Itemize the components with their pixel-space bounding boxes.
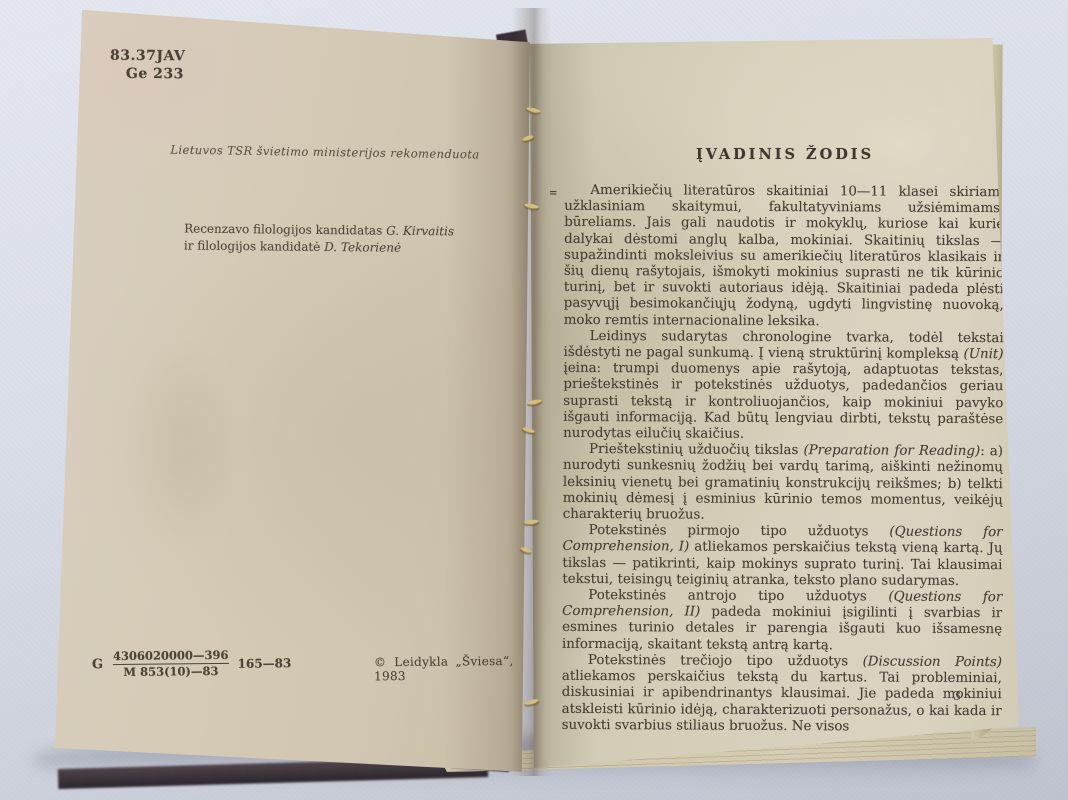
paper-highlight — [827, 98, 977, 188]
book-photo: 83.37JAV Ge 233 Lietuvos TSR švietimo mi… — [0, 0, 1068, 800]
ministry-recommendation-note: Lietuvos TSR švietimo ministerijos rekom… — [170, 143, 480, 162]
publisher-name: Leidykla „Šviesa“, 1983 — [374, 654, 514, 683]
intro-paragraphs: Amerikiečių literatūros skaitiniai 10—11… — [562, 183, 1005, 736]
imprint-fraction-numerator: 4306020000—396 — [113, 648, 229, 663]
margin-mark: = — [549, 188, 557, 199]
imprint-code-group: G 4306020000—396 M 853(10)—83 165—83 — [92, 648, 292, 680]
imprint-fraction: 4306020000—396 M 853(10)—83 — [113, 649, 229, 680]
publishing-imprint: G 4306020000—396 M 853(10)—83 165—83 ©Le… — [92, 646, 532, 691]
imprint-code: 165—83 — [238, 656, 292, 671]
intro-paragraph: Potekstinės antrojo tipo užduotys (Quest… — [562, 588, 1002, 655]
page-number: 3 — [927, 688, 987, 703]
chapter-heading: ĮVADINIS ŽODIS — [565, 146, 1005, 163]
intro-paragraph: Leidinys sudarytas chronologine tvarka, … — [563, 329, 1004, 445]
imprint-series-letter: G — [92, 657, 103, 672]
catalog-line-1: 83.37JAV — [110, 48, 184, 66]
right-page: ĮVADINIS ŽODIS = Amerikiečių literatūros… — [527, 38, 1019, 768]
intro-paragraph: Potekstinės pirmojo tipo užduotys (Quest… — [562, 523, 1002, 590]
reviewers-note: Recenzavo filologijos kandidatas G. Kirv… — [184, 221, 464, 259]
imprint-fraction-denominator: M 853(10)—83 — [113, 663, 229, 680]
left-page: 83.37JAV Ge 233 Lietuvos TSR švietimo mi… — [52, 6, 530, 778]
intro-paragraph: Amerikiečių literatūros skaitiniai 10—11… — [564, 183, 1005, 331]
copyright-icon: © — [374, 655, 386, 669]
copyright-line: ©Leidykla „Šviesa“, 1983 — [374, 654, 532, 684]
paper-stain — [122, 336, 242, 556]
intro-paragraph: Prieštekstinių užduočių tikslas (Prepara… — [563, 442, 1003, 525]
reviewers-line-2: ir filologijos kandidatė D. Tekorienė — [184, 238, 464, 258]
catalog-line-2: Ge 233 — [110, 65, 184, 83]
library-catalog-number: 83.37JAV Ge 233 — [110, 48, 184, 84]
